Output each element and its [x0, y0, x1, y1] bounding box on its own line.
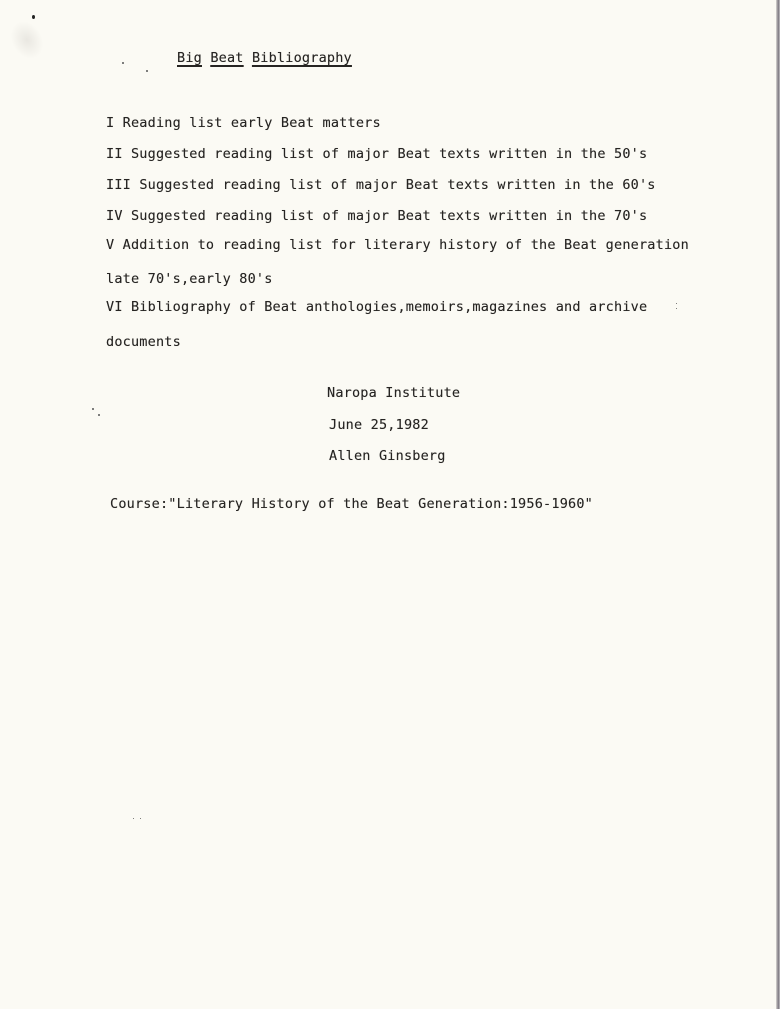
paper-speck [676, 308, 677, 309]
contents-item: I Reading list early Beat matters [106, 115, 381, 131]
item-text: Bibliography of Beat anthologies,memoirs… [131, 299, 647, 315]
item-numeral: IV [106, 208, 123, 224]
contents-item-continuation: documents [106, 334, 181, 350]
page-edge-shadow [776, 0, 780, 1009]
date: June 25,1982 [329, 417, 429, 433]
contents-item: III Suggested reading list of major Beat… [106, 177, 656, 193]
paper-speck [676, 303, 677, 304]
item-text: Reading list early Beat matters [123, 115, 381, 131]
paper-speck [122, 62, 124, 64]
item-numeral: I [106, 115, 114, 131]
item-numeral: V [106, 237, 114, 253]
paper-speck [92, 408, 94, 410]
contents-item: V Addition to reading list for literary … [106, 237, 689, 253]
item-text: Suggested reading list of major Beat tex… [131, 146, 647, 162]
paper-speck [32, 15, 35, 19]
contents-item-continuation: late 70's,early 80's [106, 271, 273, 287]
institution: Naropa Institute [327, 385, 460, 401]
item-text: Suggested reading list of major Beat tex… [131, 208, 647, 224]
paper-speck [98, 414, 100, 416]
item-text: Addition to reading list for literary hi… [123, 237, 689, 253]
course-label: Course: [110, 496, 168, 512]
document-title: Big Beat Bibliography [177, 50, 352, 66]
title-word: Bibliography [252, 50, 352, 66]
course-line: Course:"Literary History of the Beat Gen… [110, 496, 593, 512]
item-text: Suggested reading list of major Beat tex… [139, 177, 655, 193]
paper-speck [146, 70, 148, 72]
title-word: Big [177, 50, 202, 66]
paper-speck [140, 818, 141, 819]
title-word: Beat [210, 50, 243, 66]
contents-item: II Suggested reading list of major Beat … [106, 146, 647, 162]
contents-item: IV Suggested reading list of major Beat … [106, 208, 647, 224]
author: Allen Ginsberg [329, 448, 446, 464]
item-numeral: VI [106, 299, 123, 315]
course-title: "Literary History of the Beat Generation… [168, 496, 593, 512]
paper-smudge [4, 15, 50, 65]
paper-speck [133, 818, 134, 819]
document-page: Big Beat Bibliography I Reading list ear… [0, 0, 776, 1009]
item-numeral: III [106, 177, 131, 193]
item-numeral: II [106, 146, 123, 162]
contents-item: VI Bibliography of Beat anthologies,memo… [106, 299, 647, 315]
